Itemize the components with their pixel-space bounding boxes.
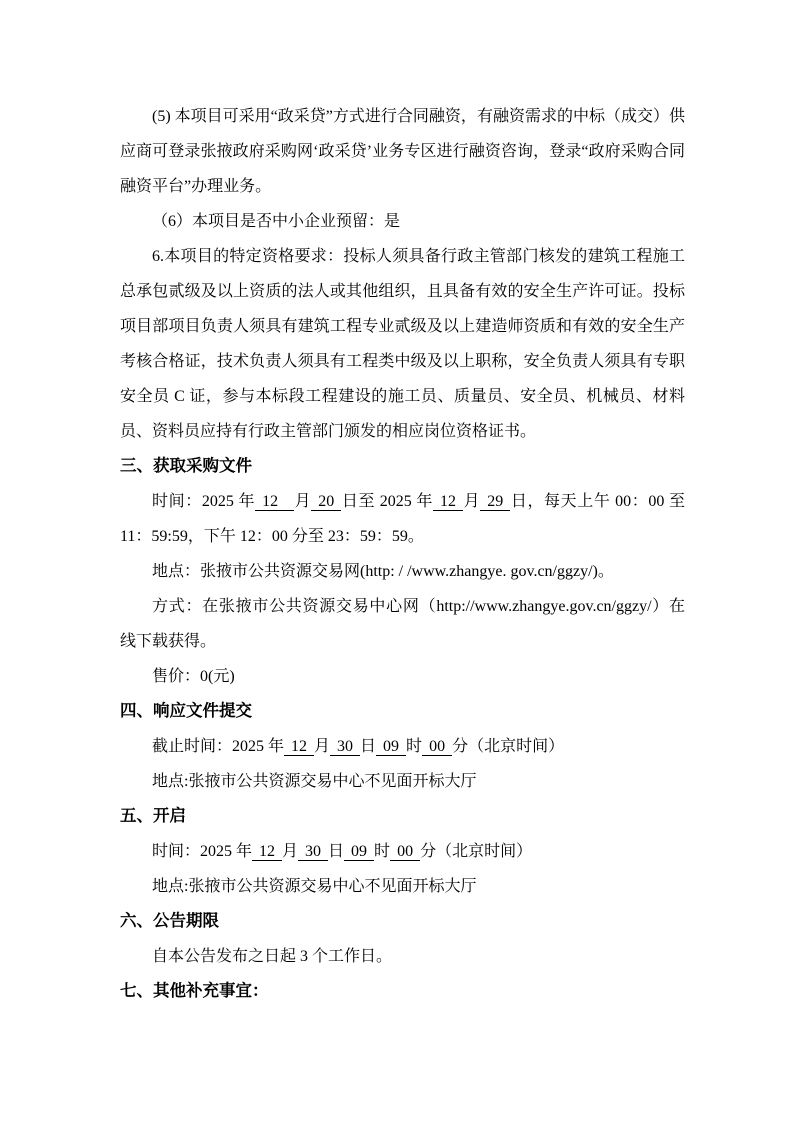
opening-time-suffix: 分（北京时间） [420,843,532,860]
deadline-month-value: 12 [284,738,314,756]
clause-6-paragraph: （6）本项目是否中小企业预留：是 [120,204,685,239]
opening-time-prefix: 时间：2025 年 [152,843,252,860]
obtain-time-line: 时间：2025 年12月20日至 2025 年12月29日，每天上午 00：00… [120,484,685,554]
obtain-time-mid: 日至 2025 年 [341,493,433,510]
deadline-day-label: 日 [360,738,376,755]
obtain-location-line: 地点：张掖市公共资源交易网(http: / /www.zhangye. gov.… [120,554,685,589]
submission-deadline-line: 截止时间：2025 年12月30日09时00分（北京时间） [120,729,685,764]
opening-month-value: 12 [252,843,282,861]
deadline-suffix: 分（北京时间） [452,738,564,755]
submission-location-line: 地点:张掖市公共资源交易中心不见面开标大厅 [120,764,685,799]
section-announcement-period-heading: 六、公告期限 [120,904,685,939]
opening-location-line: 地点:张掖市公共资源交易中心不见面开标大厅 [120,869,685,904]
opening-time-line: 时间：2025 年12月30日09时00分（北京时间） [120,834,685,869]
opening-day-label: 日 [328,843,344,860]
deadline-month-label: 月 [314,738,330,755]
document-page: (5) 本项目可采用“政采贷”方式进行合同融资，有融资需求的中标（成交）供应商可… [0,0,793,1122]
section-response-submission-heading: 四、响应文件提交 [120,694,685,729]
deadline-prefix: 截止时间：2025 年 [152,738,284,755]
section-other-matters-heading: 七、其他补充事宜： [120,974,685,1009]
deadline-day-value: 30 [330,738,360,756]
obtain-end-day-value: 29 [480,493,510,511]
opening-hour-label: 时 [374,843,390,860]
obtain-time-prefix: 时间：2025 年 [152,493,255,510]
opening-minute-value: 00 [390,843,420,861]
clause-5-paragraph: (5) 本项目可采用“政采贷”方式进行合同融资，有融资需求的中标（成交）供应商可… [120,99,685,204]
document-price-line: 售价：0(元) [120,659,685,694]
deadline-minute-value: 00 [422,738,452,756]
obtain-method-line: 方式：在张掖市公共资源交易中心网（http://www.zhangye.gov.… [120,589,685,659]
announcement-period-line: 自本公告发布之日起 3 个工作日。 [120,939,685,974]
obtain-month-label-2: 月 [463,493,480,510]
section-opening-heading: 五、开启 [120,799,685,834]
deadline-hour-value: 09 [376,738,406,756]
opening-day-value: 30 [298,843,328,861]
section-obtain-documents-heading: 三、获取采购文件 [120,449,685,484]
obtain-month-label-1: 月 [294,493,311,510]
obtain-end-month-value: 12 [433,493,463,511]
obtain-start-day-value: 20 [311,493,341,511]
deadline-hour-label: 时 [406,738,422,755]
qualification-requirements-paragraph: 6.本项目的特定资格要求：投标人须具备行政主管部门核发的建筑工程施工总承包贰级及… [120,239,685,449]
obtain-start-month-value: 12 [255,493,294,511]
opening-hour-value: 09 [344,843,374,861]
opening-month-label: 月 [282,843,298,860]
